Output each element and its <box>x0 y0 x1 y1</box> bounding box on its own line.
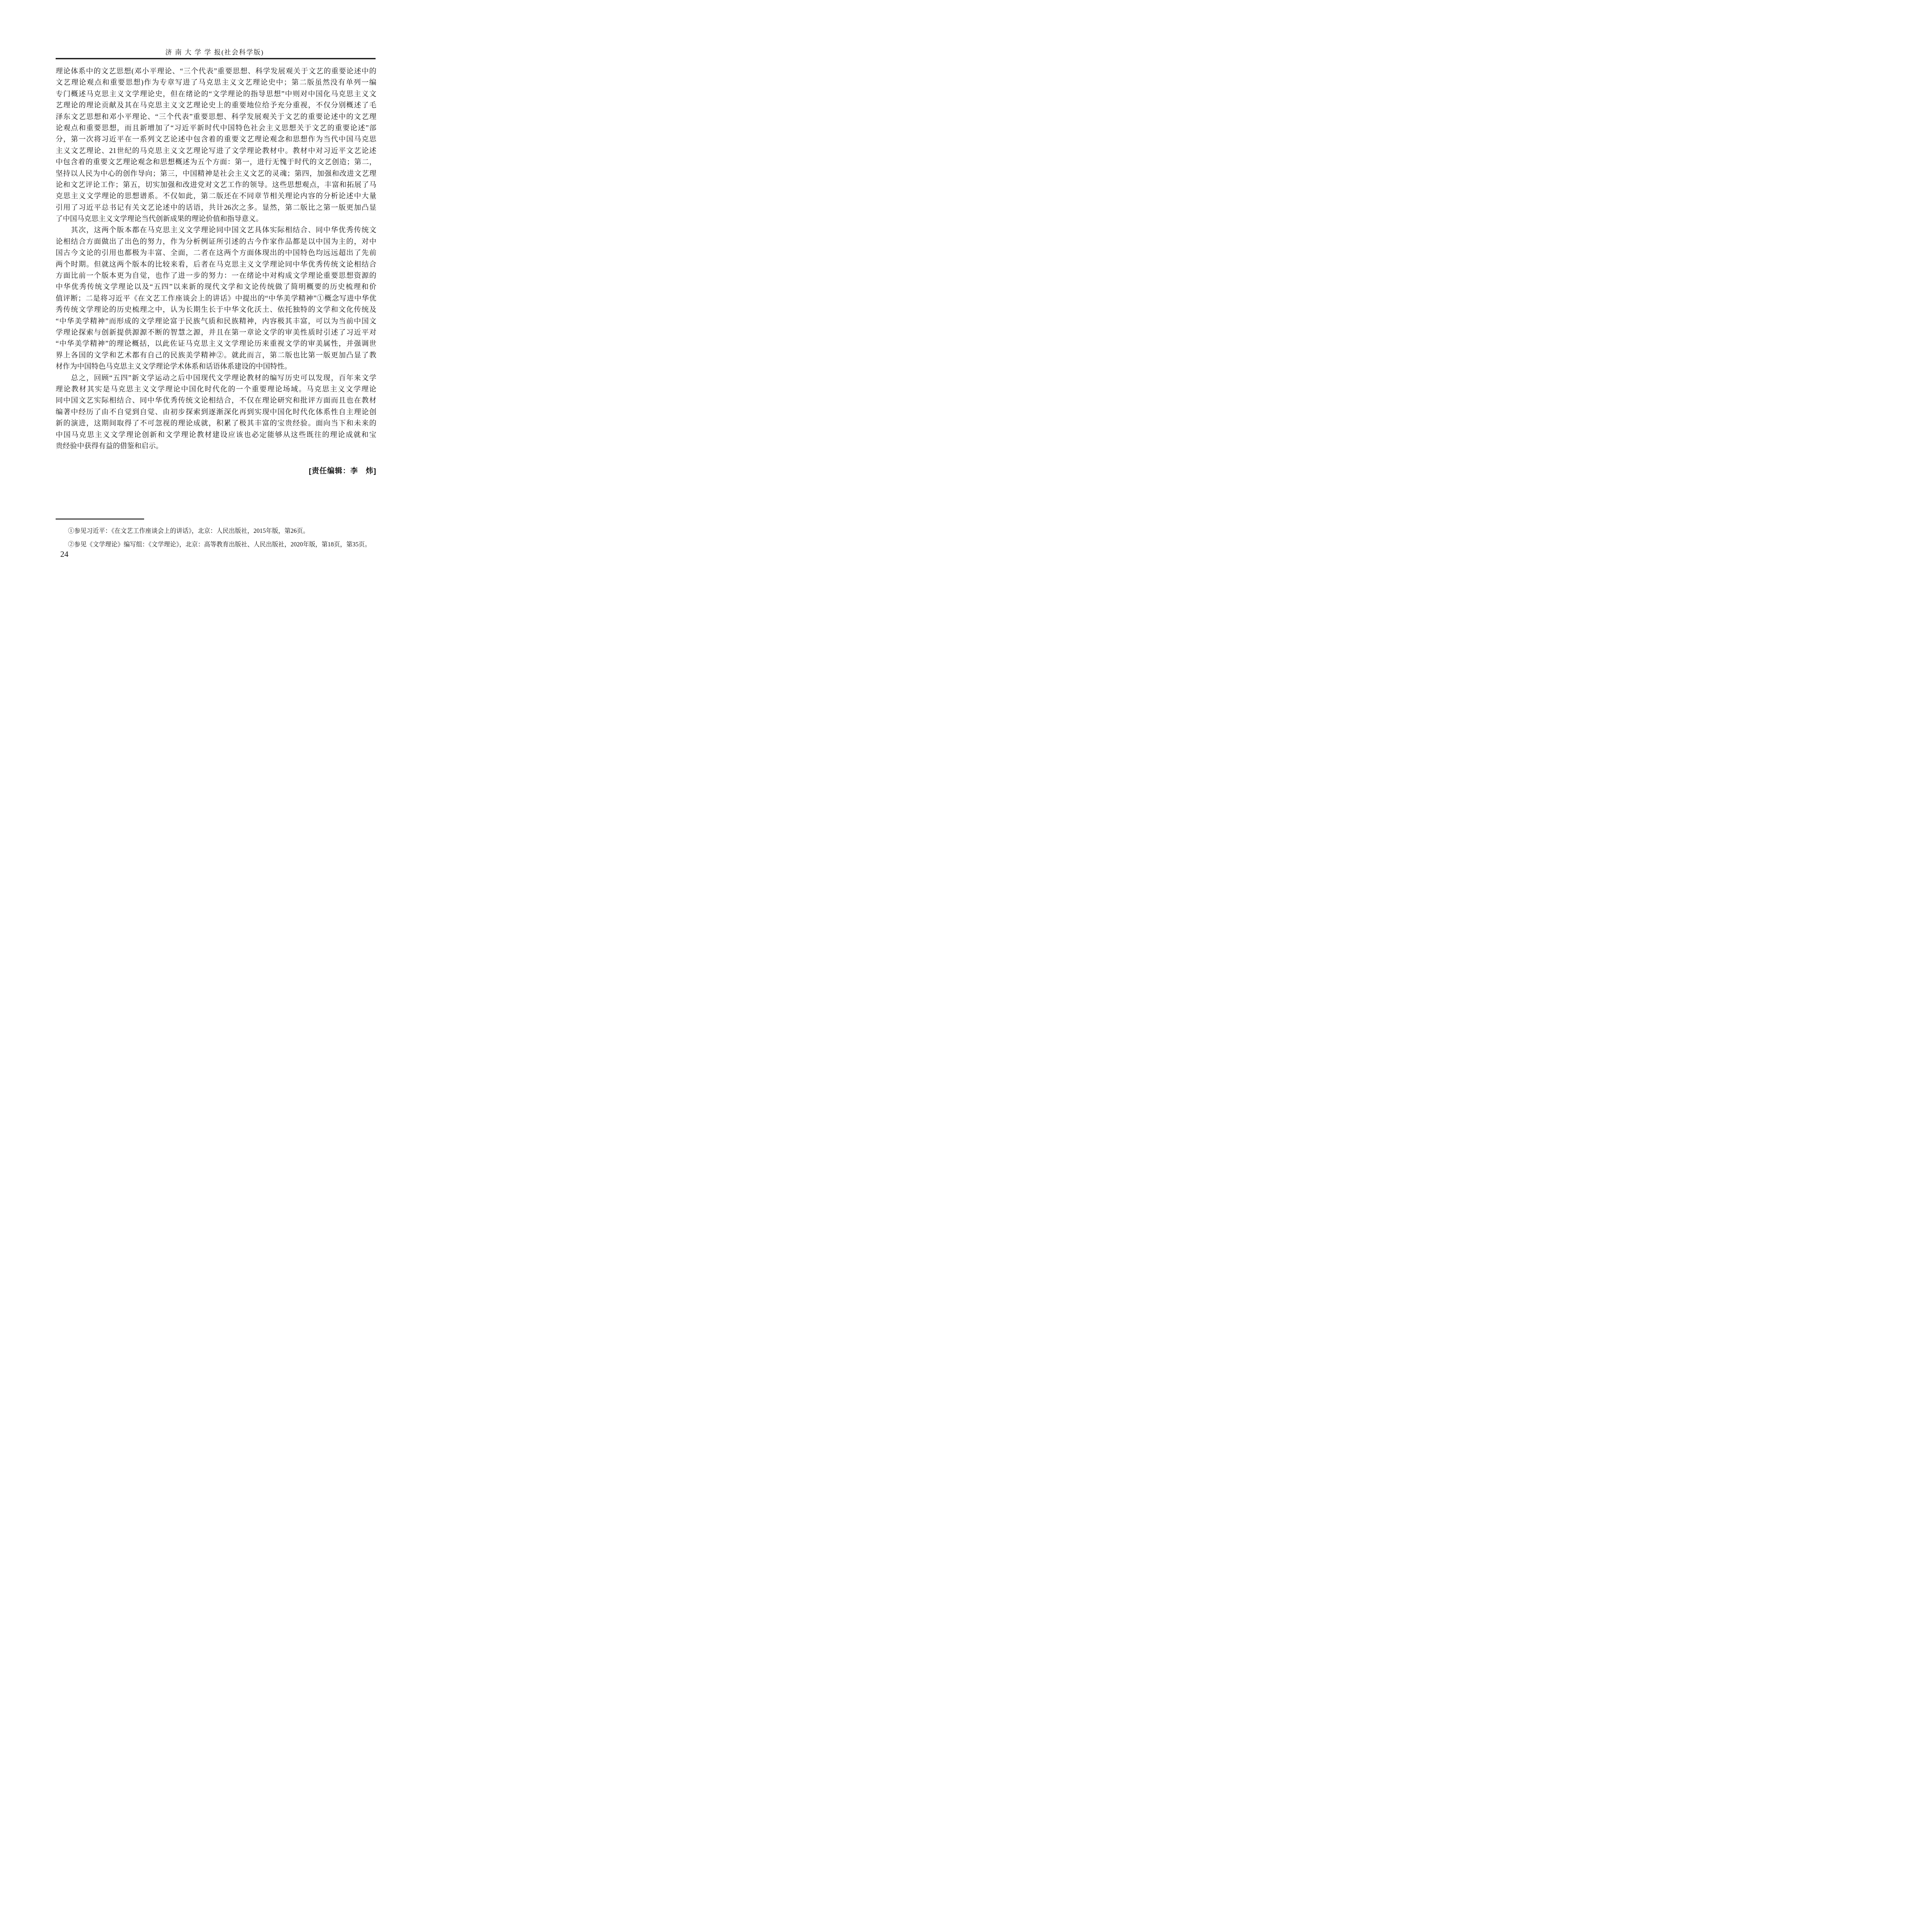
text-line: 材作为中国特色马克思主义文学理论学术体系和话语体系建设的中国特性。 <box>56 361 376 372</box>
text-line: 新的演进，这期间取得了不可忽视的理论成就，积累了极其丰富的宝贵经验。面向当下和未… <box>56 418 376 429</box>
text-line: 分，第一次将习近平在一系列文艺论述中包含着的重要文艺理论观念和思想作为当代中国马… <box>56 134 376 145</box>
text-line: 贵经验中获得有益的借鉴和启示。 <box>56 441 376 452</box>
text-line: 界上各国的文学和艺术都有自己的民族美学精神②。就此而言，第二版也比第一版更加凸显… <box>56 350 376 361</box>
text-line: 主义文艺理论、21世纪的马克思主义文艺理论写进了文学理论教材中。教材中对习近平文… <box>56 146 376 157</box>
text-line: 专门概述马克思主义文学理论史，但在绪论的“文学理论的指导思想”中则对中国化马克思… <box>56 89 376 100</box>
text-line: 中包含着的重要文艺理论观念和思想概述为五个方面：第一，进行无愧于时代的文艺创造；… <box>56 157 376 168</box>
text-line: “中华美学精神”的理论概括，以此佐证马克思主义文学理论历来重视文学的审美属性，并… <box>56 338 376 350</box>
text-line: 同中国文艺实际相结合、同中华优秀传统文论相结合，不仅在理论研究和批评方面而且也在… <box>56 395 376 406</box>
header-rule <box>56 58 376 59</box>
text-line: 论和文艺评论工作；第五，切实加强和改进党对文艺工作的领导。这些思想观点，丰富和拓… <box>56 180 376 191</box>
text-line: 中华优秀传统文学理论以及“五四”以来新的现代文学和文论传统做了简明概要的历史梳理… <box>56 282 376 293</box>
article-body: 理论体系中的文艺思想(邓小平理论、“三个代表”重要思想、科学发展观关于文艺的重要… <box>56 66 376 452</box>
text-line: 引用了习近平总书记有关文艺论述中的话语，共计26次之多。显然，第二版比之第一版更… <box>56 202 376 214</box>
text-line: 泽东文艺思想和邓小平理论、“三个代表”重要思想、科学发展观关于文艺的重要论述中的… <box>56 112 376 123</box>
text-line: 论相结合方面做出了出色的努力，作为分析例证所引述的古今作家作品都是以中国为主的，… <box>56 236 376 248</box>
running-head: 济 南 大 学 学 报(社会科学版) <box>0 49 429 56</box>
text-line: 中国马克思主义文学理论创新和文学理论教材建设应该也必定能够从这些既往的理论成就和… <box>56 430 376 441</box>
text-line: 方面比前一个版本更为自觉，也作了进一步的努力：一在绪论中对构成文学理论重要思想资… <box>56 270 376 282</box>
text-line: 艺理论的理论贡献及其在马克思主义文艺理论史上的重要地位给予充分重视，不仅分别概述… <box>56 100 376 111</box>
editor-credit: [责任编辑：李 炜] <box>309 465 376 476</box>
footnote-item: ②参见《文学理论》编写组：《文学理论》，北京：高等教育出版社、人民出版社，202… <box>56 538 380 551</box>
text-line: 理论教材其实是马克思主义文学理论中国化时代化的一个重要理论场域。马克思主义文学理… <box>56 384 376 395</box>
text-line: 文艺理论观点和重要思想)作为专章写进了马克思主义文艺理论史中；第二版虽然没有单列… <box>56 77 376 88</box>
text-line: 克思主义文学理论的思想谱系。不仅如此，第二版还在不同章节相关理论内容的分析论述中… <box>56 191 376 202</box>
text-line: 值评断；二是将习近平《在文艺工作座谈会上的讲话》中提出的“中华美学精神”①概念写… <box>56 293 376 304</box>
footnote-item: ①参见习近平：《在文艺工作座谈会上的讲话》，北京：人民出版社，2015年版，第2… <box>56 524 380 538</box>
text-line: 其次，这两个版本都在马克思主义文学理论同中国文艺具体实际相结合、同中华优秀传统文 <box>56 225 376 236</box>
text-line: 编著中经历了由不自觉到自觉、由初步探索到逐渐深化再到实现中国化时代化体系性自主理… <box>56 407 376 418</box>
text-line: 总之，回顾“五四”新文学运动之后中国现代文学理论教材的编写历史可以发现，百年来文… <box>56 373 376 384</box>
text-line: 两个时期。但就这两个版本的比较来看，后者在马克思主义文学理论同中华优秀传统文论相… <box>56 259 376 270</box>
text-line: 秀传统文学理论的历史梳理之中，认为长期生长于中华文化沃土、依托独特的文学和文化传… <box>56 304 376 316</box>
text-line: 理论体系中的文艺思想(邓小平理论、“三个代表”重要思想、科学发展观关于文艺的重要… <box>56 66 376 77</box>
text-line: 了中国马克思主义文学理论当代创新成果的理论价值和指导意义。 <box>56 214 376 225</box>
text-line: 论观点和重要思想，而且新增加了“习近平新时代中国特色社会主义思想关于文艺的重要论… <box>56 123 376 134</box>
text-line: 国古今文论的引用也都极为丰富、全面，二者在这两个方面体现出的中国特色均远远超出了… <box>56 248 376 259</box>
text-line: “中华美学精神”而形成的文学理论富于民族气质和民族精神，内容极其丰富，可以为当前… <box>56 316 376 327</box>
text-line: 坚持以人民为中心的创作导向；第三，中国精神是社会主义文艺的灵魂；第四，加强和改进… <box>56 168 376 180</box>
footnote-rule <box>56 519 144 519</box>
text-line: 学理论探索与创新提供源源不断的智慧之源，并且在第一章论文学的审美性质时引述了习近… <box>56 327 376 338</box>
journal-page: 济 南 大 学 学 报(社会科学版) 理论体系中的文艺思想(邓小平理论、“三个代… <box>0 0 429 607</box>
footnotes: ①参见习近平：《在文艺工作座谈会上的讲话》，北京：人民出版社，2015年版，第2… <box>56 524 380 551</box>
page-number: 24 <box>60 549 68 559</box>
